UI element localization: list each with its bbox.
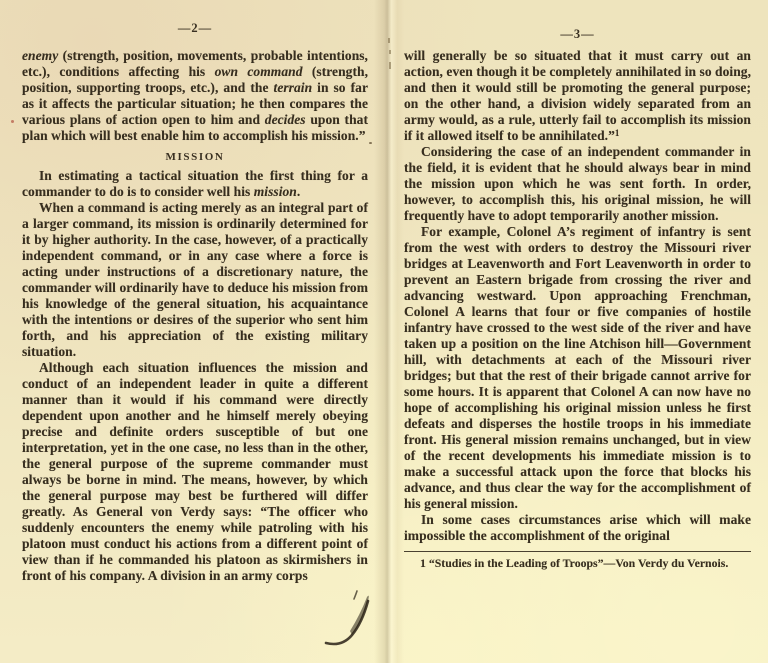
pen-mark <box>318 583 382 659</box>
paragraph: Considering the case of an independent c… <box>404 144 751 224</box>
ink-speck <box>369 142 372 144</box>
section-heading: MISSION <box>22 151 368 163</box>
right-page: —3— will generally be so situated that i… <box>404 0 751 571</box>
footnote-rule: 1 “Studies in the Leading of Troops”—Von… <box>404 551 751 571</box>
ink-speck <box>11 120 14 123</box>
paragraph: enemy (strength, position, movements, pr… <box>22 48 368 144</box>
paragraph: will generally be so situated that it mu… <box>404 48 751 144</box>
book-spread: —2— enemy (strength, position, movements… <box>0 0 768 663</box>
page-number: —3— <box>404 0 751 48</box>
page-gutter <box>374 0 404 663</box>
left-page: —2— enemy (strength, position, movements… <box>22 0 368 584</box>
paragraph: When a command is acting merely as an in… <box>22 200 368 360</box>
page-number: —2— <box>22 0 368 48</box>
paragraph: In estimating a tactical situation the f… <box>22 168 368 200</box>
paragraph: For example, Colonel A’s regiment of inf… <box>404 224 751 512</box>
gutter-mark <box>389 62 391 69</box>
paragraph: Although each situation influences the m… <box>22 360 368 584</box>
gutter-mark <box>389 50 391 54</box>
footnote: 1 “Studies in the Leading of Troops”—Von… <box>404 556 751 571</box>
gutter-mark <box>388 38 390 43</box>
paragraph: In some cases circumstances arise which … <box>404 512 751 544</box>
